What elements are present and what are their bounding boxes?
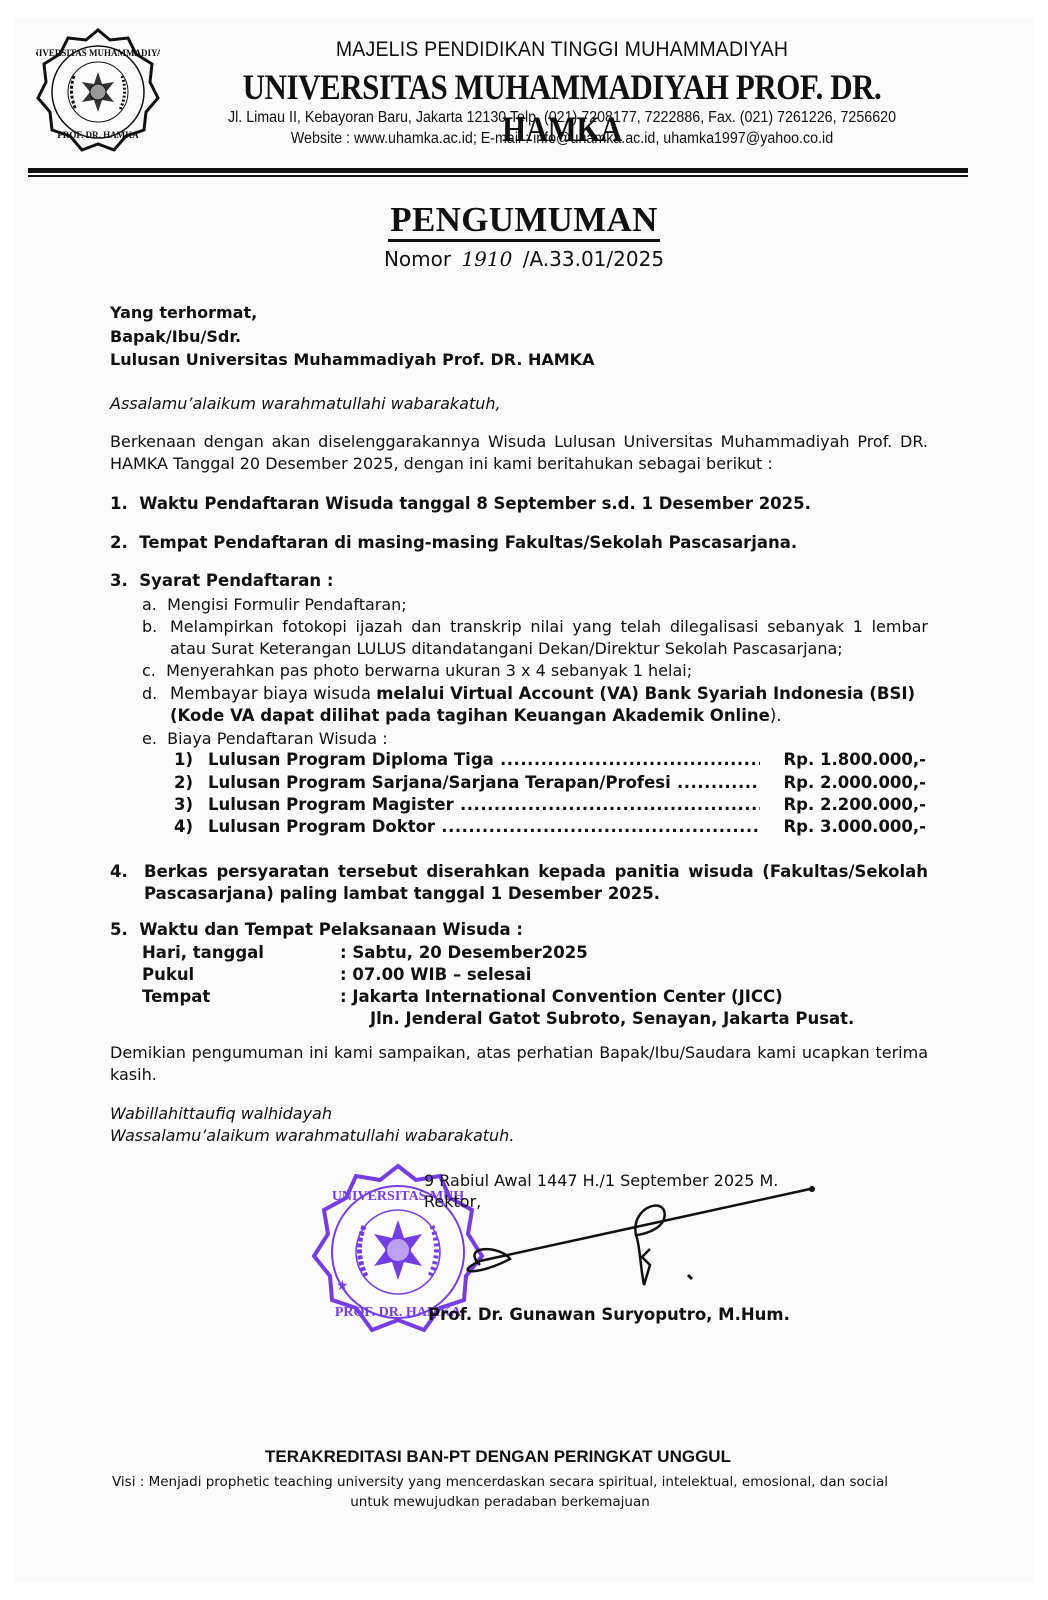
fee-row: 2)Lulusan Program Sarjana/Sarjana Terapa… [174,773,926,792]
requirement-c: c. Menyerahkan pas photo berwarna ukuran… [142,660,692,682]
closing-paragraph: Demikian pengumuman ini kami sampaikan, … [110,1042,928,1086]
item-1: 1. Waktu Pendaftaran Wisuda tanggal 8 Se… [110,494,811,513]
event-time-value: : 07.00 WIB – selesai [340,965,531,984]
fee-row: 1)Lulusan Program Diploma TigaRp. 1.800.… [174,750,926,769]
addressee-line-2: Bapak/Ibu/Sdr. [110,326,241,348]
event-place-address: Jln. Jenderal Gatot Subroto, Senayan, Ja… [370,1009,854,1028]
accreditation-text: TERAKREDITASI BAN-PT DENGAN PERINGKAT UN… [0,1447,996,1467]
requirement-e: e. Biaya Pendaftaran Wisuda : [142,728,388,750]
svg-text:★: ★ [336,1279,349,1294]
event-place-value: : Jakarta International Convention Cente… [340,987,783,1006]
signatory-name: Prof. Dr. Gunawan Suryoputro, M.Hum. [428,1305,790,1324]
requirement-b: b. Melampirkan fotokopi ijazah dan trans… [142,616,928,660]
university-address: Jl. Limau II, Kebayoran Baru, Jakarta 12… [203,109,921,127]
fee-row: 3)Lulusan Program MagisterRp. 2.200.000,… [174,795,926,814]
intro-paragraph: Berkenaan dengan akan diselenggarakannya… [110,431,928,475]
university-seal-icon: UNIVERSITAS MUHAMMADIYAH PROF. DR. HAMKA [36,26,160,154]
event-place-label: Tempat [142,987,210,1006]
fee-row: 4)Lulusan Program DoktorRp. 3.000.000,- [174,817,926,836]
requirement-a: a. Mengisi Formulir Pendaftaran; [142,594,407,616]
letterhead-divider [28,168,968,173]
item-4: 4. Berkas persyaratan tersebut diserahka… [110,861,928,905]
svg-text:UNIVERSITAS MUHAMMADIYAH: UNIVERSITAS MUHAMMADIYAH [36,48,160,58]
addressee-line-1: Yang terhormat, [110,302,257,324]
closing-greeting-2: Wassalamu’alaikum warahmatullahi wabarak… [110,1125,514,1147]
council-name: MAJELIS PENDIDIKAN TINGGI MUHAMMADIYAH [199,38,924,62]
event-day-value: : Sabtu, 20 Desember2025 [340,943,588,962]
handwritten-number: 1910 [461,247,512,271]
item-2: 2. Tempat Pendaftaran di masing-masing F… [110,533,797,552]
letterhead-divider-thin [28,175,968,177]
requirement-d: d. Membayar biaya wisuda melalui Virtual… [142,683,928,727]
opening-greeting: Assalamu’alaikum warahmatullahi wabaraka… [110,393,501,415]
svg-text:PROF. DR. HAMKA: PROF. DR. HAMKA [57,130,139,140]
event-time-label: Pukul [142,965,194,984]
item-3: 3. Syarat Pendaftaran : [110,571,333,590]
university-contact: Website : www.uhamka.ac.id; E-mail : inf… [203,130,921,148]
document-title: PENGUMUMAN [0,200,1048,240]
event-day-label: Hari, tanggal [142,943,264,962]
document-number: Nomor 1910 /A.33.01/2025 [0,247,1048,271]
handwritten-signature-icon [440,1175,820,1305]
closing-greeting-1: Wabillahittaufiq walhidayah [110,1103,332,1125]
addressee-line-3: Lulusan Universitas Muhammadiyah Prof. D… [110,349,594,371]
item-5: 5. Waktu dan Tempat Pelaksanaan Wisuda : [110,920,523,939]
vision-statement: Visi : Menjadi prophetic teaching univer… [40,1472,960,1512]
